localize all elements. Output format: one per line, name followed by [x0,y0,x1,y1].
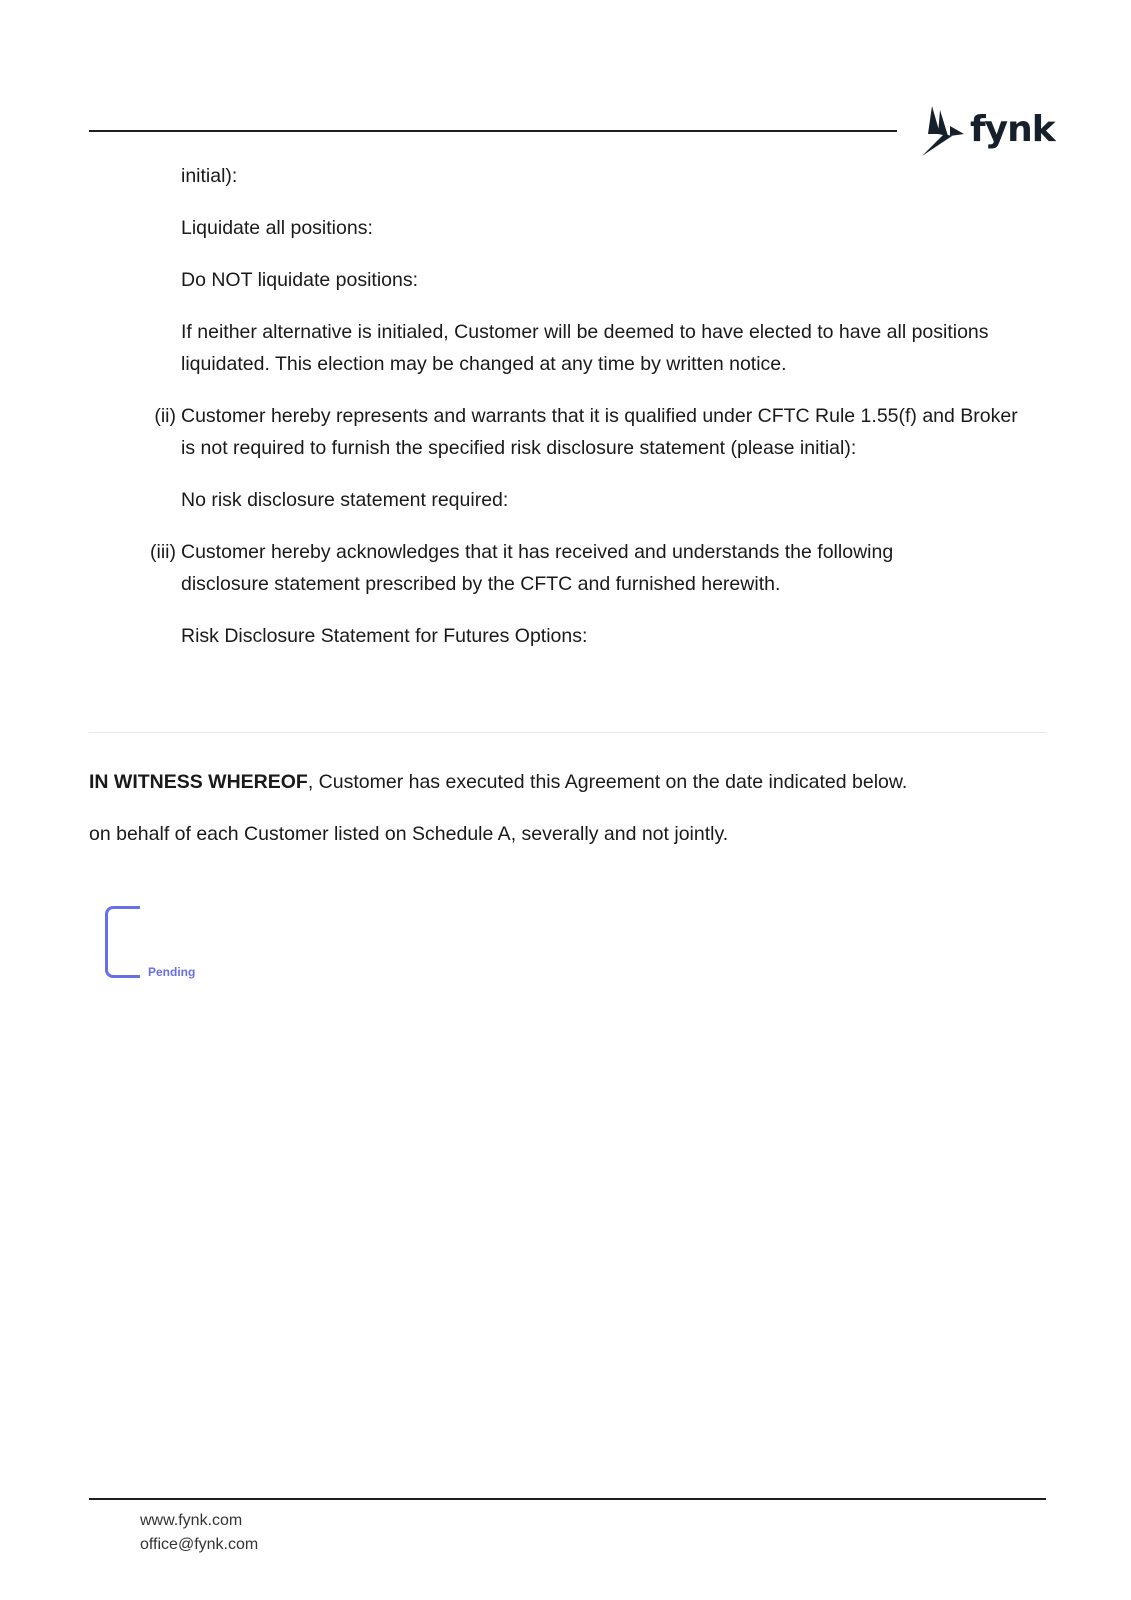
signature-field[interactable] [105,906,140,978]
footer-email[interactable]: office@fynk.com [140,1536,258,1554]
item-iii-text: Customer hereby acknowledges that it has… [181,536,981,600]
item-iii-sub: Risk Disclosure Statement for Futures Op… [181,620,1041,652]
signature-status: Pending [148,965,195,979]
witness-heading: IN WITNESS WHEREOF [89,771,308,793]
bird-logo-icon [920,104,966,156]
item-ii-sub: No risk disclosure statement required: [181,484,1041,516]
witness-statement: IN WITNESS WHEREOF, Customer has execute… [89,766,1049,798]
continuation-text: initial): [181,160,1041,192]
item-ii-text: Customer hereby represents and warrants … [181,400,1031,464]
default-election-note: If neither alternative is initialed, Cus… [181,316,1001,380]
brand-logo: fynk [920,104,1055,156]
item-marker-iii: (iii) [130,536,176,568]
header-rule [89,130,897,132]
behalf-statement: on behalf of each Customer listed on Sch… [89,818,1049,850]
witness-text: , Customer has executed this Agreement o… [308,771,907,793]
item-marker-ii: (ii) [140,400,176,432]
section-divider [89,732,1046,733]
footer-rule [89,1498,1046,1500]
footer-website[interactable]: www.fynk.com [140,1512,242,1530]
option-liquidate: Liquidate all positions: [181,212,1041,244]
brand-name: fynk [970,112,1055,148]
option-no-liquidate: Do NOT liquidate positions: [181,264,1041,296]
